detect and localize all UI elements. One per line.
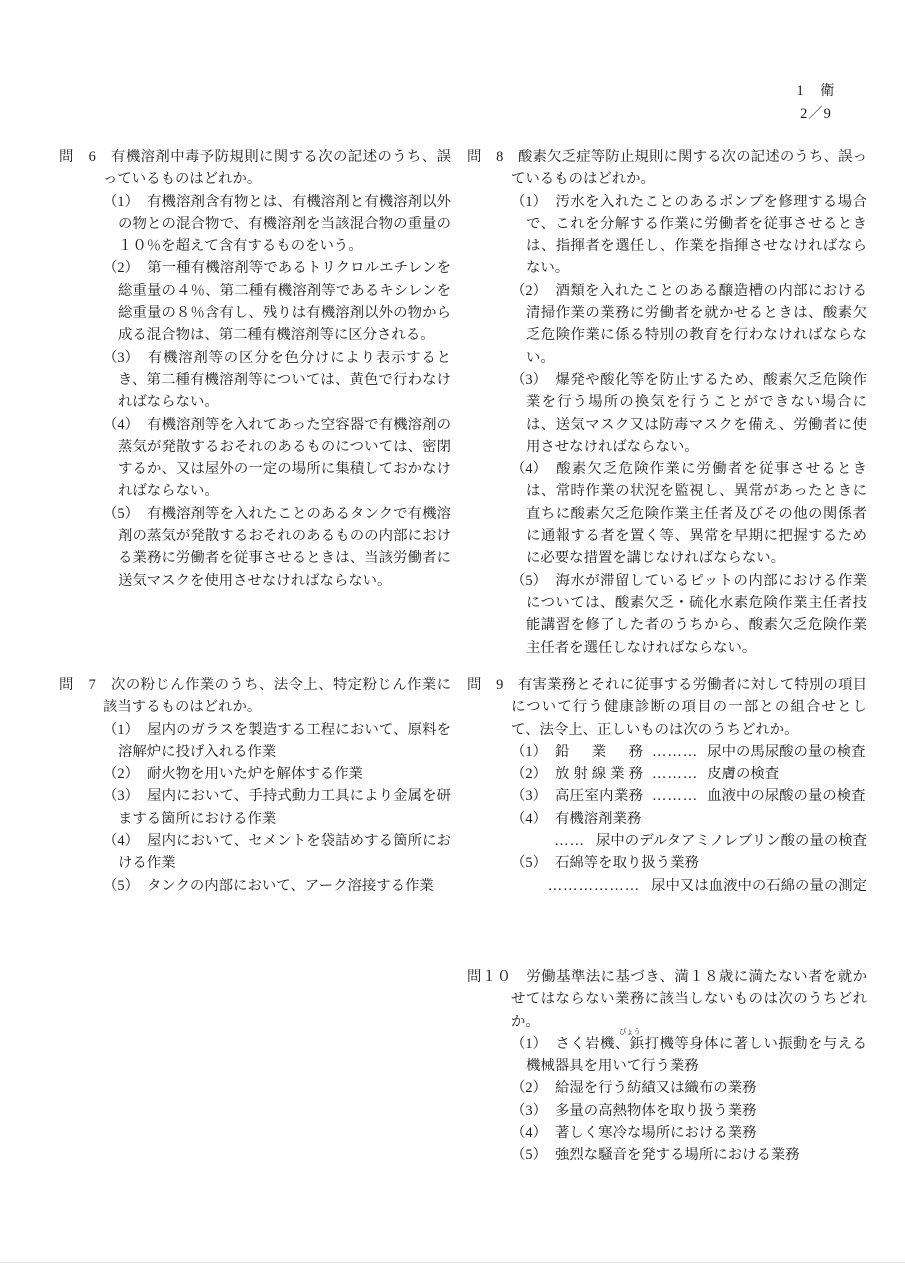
question-9-option-5: （5）石綿等を取り扱う業務 xyxy=(467,852,867,874)
option-marker: （2） xyxy=(103,257,147,279)
ruby-base: 鋲 xyxy=(630,1036,645,1052)
option-text: 耐火物を用いた炉を解体する作業 xyxy=(147,766,363,782)
question-10: 問１０ 労働基準法に基づき、満１８歳に満たない者を就かせてはならない業務に該当し… xyxy=(467,966,867,1167)
option-text: 屋内において、セメントを袋詰めする箇所における作業 xyxy=(118,833,451,871)
question-6-number: 問 6 xyxy=(59,149,111,165)
leader-dots: ……… xyxy=(652,788,698,804)
leader-dots: ……… xyxy=(652,766,698,782)
question-10-number: 問１０ xyxy=(467,969,526,985)
question-9-stem-text: 有害業務とそれに従事する労働者に対して特別の項目について行う健康診断の項目の一部… xyxy=(511,677,867,738)
option-marker: （2） xyxy=(511,763,555,785)
question-7: 問 7 次の粉じん作業のうち、法令上、特定粉じん作業に該当するものはどれか。 （… xyxy=(59,674,451,897)
option-marker: （1） xyxy=(511,191,555,213)
question-7-option-2: （2）耐火物を用いた炉を解体する作業 xyxy=(59,763,451,785)
work-type-label: 有機溶剤業務 xyxy=(555,811,641,827)
question-9-number: 問 9 xyxy=(467,677,518,693)
option-text: 酸素欠乏危険作業に労働者を従事させるときは、常時作業の状況を監視し、異常があった… xyxy=(526,461,867,566)
question-6-stem: 問 6 有機溶剤中毒予防規則に関する次の記述のうち、誤っているものはどれか。 xyxy=(59,146,451,191)
option-marker: （2） xyxy=(511,1077,555,1099)
option-marker: （3） xyxy=(103,785,147,807)
option-marker: （1） xyxy=(103,719,147,741)
question-8-stem: 問 8 酸素欠乏症等防止規則に関する次の記述のうち、誤っているものはどれか。 xyxy=(467,146,867,191)
option-marker: （1） xyxy=(511,1033,555,1055)
option-marker: （5） xyxy=(103,875,147,897)
subject-label: 1 衛 xyxy=(770,80,862,103)
ruby-reading: びょう xyxy=(634,1028,640,1036)
question-8: 問 8 酸素欠乏症等防止規則に関する次の記述のうち、誤っているものはどれか。 （… xyxy=(467,146,867,659)
question-8-option-1: （1）汚水を入れたことのあるポンプを修理する場合で、これを分解する作業に労働者を… xyxy=(467,191,867,280)
option-text: 汚水を入れたことのあるポンプを修理する場合で、これを分解する作業に労働者を従事さ… xyxy=(526,194,867,277)
page-header: 1 衛 2／9 xyxy=(770,80,862,126)
option-text: 多量の高熱物体を取り扱う業務 xyxy=(555,1103,756,1119)
question-8-stem-text: 酸素欠乏症等防止規則に関する次の記述のうち、誤っているものはどれか。 xyxy=(511,149,867,187)
option-text: 有機溶剤等を入れたことのあるタンクで有機溶剤の蒸気が発散するおそれのあるものの内… xyxy=(118,506,451,589)
exam-item-label: 尿中又は血液中の石綿の量の測定 xyxy=(651,878,867,894)
option-marker: （4） xyxy=(511,458,555,480)
leader-dots: ……………… xyxy=(548,878,640,894)
exam-item-label: 尿中のデルタアミノレブリン酸の量の検査 xyxy=(596,833,867,849)
option-text: 海水が滞留しているピットの内部における作業については、酸素欠乏・硫化水素危険作業… xyxy=(526,573,867,656)
leader-dots: ……… xyxy=(652,744,698,760)
option-marker: （1） xyxy=(511,741,555,763)
question-10-option-4: （4）著しく寒冷な場所における業務 xyxy=(467,1122,867,1144)
question-6-option-2: （2）第一種有機溶剤等であるトリクロルエチレンを総重量の４％、第二種有機溶剤等で… xyxy=(59,257,451,346)
option-marker: （5） xyxy=(511,570,555,592)
work-type-label: 鉛業務 xyxy=(555,741,643,763)
question-9-stem: 問 9 有害業務とそれに従事する労働者に対して特別の項目について行う健康診断の項… xyxy=(467,674,867,741)
question-10-option-2: （2）給湿を行う紡績又は織布の業務 xyxy=(467,1077,867,1099)
question-10-stem: 問１０ 労働基準法に基づき、満１８歳に満たない者を就かせてはならない業務に該当し… xyxy=(467,966,867,1033)
ruby-annotated-char: びょう鋲 xyxy=(630,1036,645,1052)
question-8-option-3: （3）爆発や酸化等を防止するため、酸素欠乏危険作業を行う場所の換気を行うことがで… xyxy=(467,369,867,458)
option-marker: （4） xyxy=(103,830,147,852)
work-type-label: 放射線業務 xyxy=(555,763,643,785)
work-type-label: 石綿等を取り扱う業務 xyxy=(555,855,699,871)
question-9-option-2: （2）放射線業務………皮膚の検査 xyxy=(467,763,867,785)
option-marker: （5） xyxy=(511,1144,555,1166)
option-text-pre: さく岩機、 xyxy=(555,1036,630,1052)
question-7-option-4: （4）屋内において、セメントを袋詰めする箇所における作業 xyxy=(59,830,451,875)
option-marker: （5） xyxy=(511,852,555,874)
question-7-stem: 問 7 次の粉じん作業のうち、法令上、特定粉じん作業に該当するものはどれか。 xyxy=(59,674,451,719)
option-marker: （2） xyxy=(103,763,147,785)
question-9-option-4: （4）有機溶剤業務 xyxy=(467,808,867,830)
option-marker: （4） xyxy=(103,414,147,436)
question-7-stem-text: 次の粉じん作業のうち、法令上、特定粉じん作業に該当するものはどれか。 xyxy=(103,677,451,715)
question-8-option-4: （4）酸素欠乏危険作業に労働者を従事させるときは、常時作業の状況を監視し、異常が… xyxy=(467,458,867,569)
question-9-option-1: （1）鉛業務………尿中の馬尿酸の量の検査 xyxy=(467,741,867,763)
question-6-option-3: （3）有機溶剤等の区分を色分けにより表示するとき、第二種有機溶剤等については、黄… xyxy=(59,347,451,414)
question-9-option-3: （3）高圧室内業務………血液中の尿酸の量の検査 xyxy=(467,785,867,807)
question-8-option-2: （2）酒類を入れたことのある醸造槽の内部における清掃作業の業務に労働者を就かせる… xyxy=(467,280,867,369)
question-10-option-1: （1）さく岩機、びょう鋲打機等身体に著しい振動を与える機械器具を用いて行う業務 xyxy=(467,1033,867,1078)
option-marker: （3） xyxy=(511,1100,555,1122)
exam-item-label: 尿中の馬尿酸の量の検査 xyxy=(707,744,865,760)
question-10-stem-text: 労働基準法に基づき、満１８歳に満たない者を就かせてはならない業務に該当しないもの… xyxy=(511,969,867,1030)
document-page: 1 衛 2／9 問 6 有機溶剤中毒予防規則に関する次の記述のうち、誤っているも… xyxy=(0,0,905,1280)
option-marker: （3） xyxy=(103,347,147,369)
question-10-option-5: （5）強烈な騒音を発する場所における業務 xyxy=(467,1144,867,1166)
question-6-option-1: （1）有機溶剤含有物とは、有機溶剤と有機溶剤以外の物との混合物で、有機溶剤を当該… xyxy=(59,191,451,258)
question-9-option-4-result: ……尿中のデルタアミノレブリン酸の量の検査 xyxy=(467,830,867,852)
option-text: 屋内において、手持式動力工具により金属を研まする箇所における作業 xyxy=(118,788,451,826)
option-marker: （4） xyxy=(511,808,555,830)
option-text: 有機溶剤含有物とは、有機溶剤と有機溶剤以外の物との混合物で、有機溶剤を当該混合物… xyxy=(118,194,451,255)
option-text: 屋内のガラスを製造する工程において、原料を溶解炉に投げ入れる作業 xyxy=(118,722,451,760)
option-marker: （2） xyxy=(511,280,555,302)
question-6-option-4: （4）有機溶剤等を入れてあった空容器で有機溶剤の蒸気が発散するおそれのあるものに… xyxy=(59,414,451,503)
question-7-option-5: （5）タンクの内部において、アーク溶接する作業 xyxy=(59,875,451,897)
page-number: 2／9 xyxy=(770,103,862,126)
question-8-number: 問 8 xyxy=(467,149,518,165)
exam-item-label: 血液中の尿酸の量の検査 xyxy=(707,788,865,804)
option-text: 有機溶剤等を入れてあった空容器で有機溶剤の蒸気が発散するおそれのあるものについて… xyxy=(118,417,451,500)
question-7-option-3: （3）屋内において、手持式動力工具により金属を研まする箇所における作業 xyxy=(59,785,451,830)
question-6-stem-text: 有機溶剤中毒予防規則に関する次の記述のうち、誤っているものはどれか。 xyxy=(103,149,451,187)
option-marker: （5） xyxy=(103,503,147,525)
option-text: 有機溶剤等の区分を色分けにより表示するとき、第二種有機溶剤等については、黄色で行… xyxy=(118,350,451,411)
question-8-option-5: （5）海水が滞留しているピットの内部における作業については、酸素欠乏・硫化水素危… xyxy=(467,570,867,659)
option-text: 著しく寒冷な場所における業務 xyxy=(555,1125,756,1141)
option-marker: （3） xyxy=(511,785,555,807)
option-text: 爆発や酸化等を防止するため、酸素欠乏危険作業を行う場所の換気を行うことができない… xyxy=(526,372,867,455)
question-7-option-1: （1）屋内のガラスを製造する工程において、原料を溶解炉に投げ入れる作業 xyxy=(59,719,451,764)
option-text: 酒類を入れたことのある醸造槽の内部における清掃作業の業務に労働者を就かせるときは… xyxy=(526,283,867,366)
leader-dots: …… xyxy=(554,833,585,849)
question-7-number: 問 7 xyxy=(59,677,111,693)
question-10-option-3: （3）多量の高熱物体を取り扱う業務 xyxy=(467,1100,867,1122)
question-6: 問 6 有機溶剤中毒予防規則に関する次の記述のうち、誤っているものはどれか。 （… xyxy=(59,146,451,592)
question-6-option-5: （5）有機溶剤等を入れたことのあるタンクで有機溶剤の蒸気が発散するおそれのあるも… xyxy=(59,503,451,592)
option-marker: （1） xyxy=(103,191,147,213)
option-marker: （4） xyxy=(511,1122,555,1144)
exam-item-label: 皮膚の検査 xyxy=(707,766,779,782)
page-edge-line xyxy=(0,1262,905,1263)
option-text: 給湿を行う紡績又は織布の業務 xyxy=(555,1080,756,1096)
option-text: 強烈な騒音を発する場所における業務 xyxy=(555,1147,800,1163)
option-text: 第一種有機溶剤等であるトリクロルエチレンを総重量の４％、第二種有機溶剤等であるキ… xyxy=(118,260,451,343)
option-marker: （3） xyxy=(511,369,555,391)
question-9-option-5-result: ………………尿中又は血液中の石綿の量の測定 xyxy=(467,875,867,897)
work-type-label: 高圧室内業務 xyxy=(555,785,643,807)
question-9: 問 9 有害業務とそれに従事する労働者に対して特別の項目について行う健康診断の項… xyxy=(467,674,867,897)
option-text: タンクの内部において、アーク溶接する作業 xyxy=(147,878,434,894)
